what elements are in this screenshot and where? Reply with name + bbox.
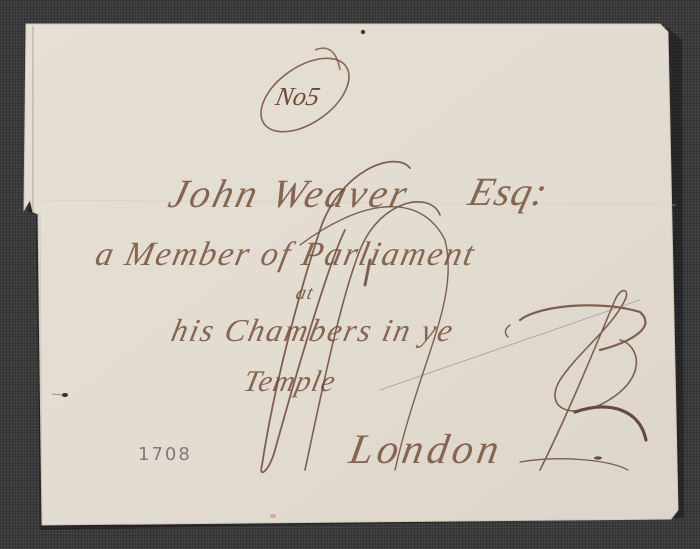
address-temple: Temple — [240, 365, 339, 399]
address-esquire: Esq: — [464, 168, 553, 215]
address-name: John Weaver — [164, 170, 415, 217]
oval-postmark-text: No5 — [273, 82, 323, 112]
address-city: London — [346, 426, 507, 474]
pencil-date: 1708 — [138, 444, 192, 465]
address-title: a Member of Parliament — [92, 236, 479, 274]
address-chambers: his Chambers in ye — [168, 312, 458, 349]
letter-scan: No5 John Weaver Esq: a Member of Parliam… — [0, 0, 700, 549]
